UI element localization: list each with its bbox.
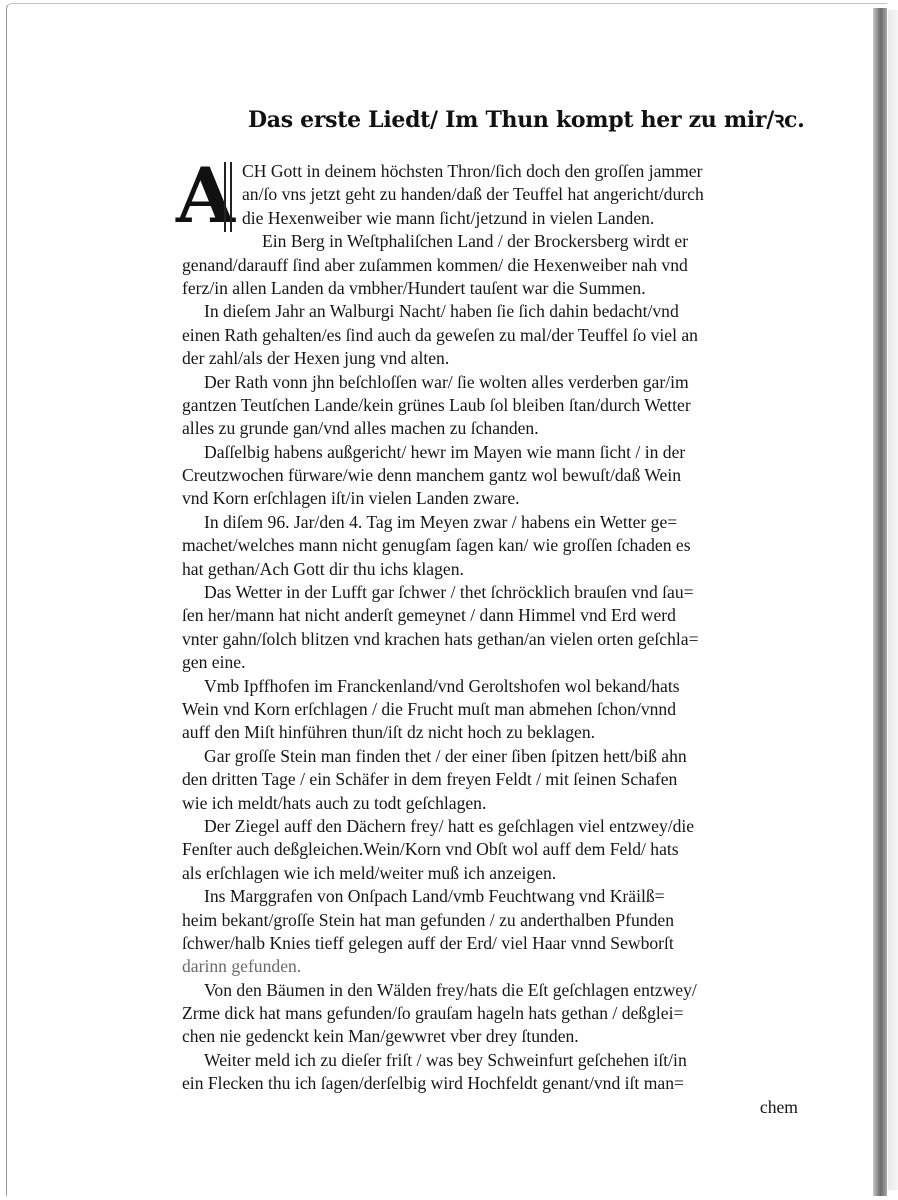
text-line: Wein vnd Korn erſchlagen / die Frucht mu… xyxy=(182,698,802,721)
next-page-edge xyxy=(888,10,898,1190)
text-line: auff den Miſt hinführen thun/iſt dz nich… xyxy=(182,721,802,744)
stanza-start: In diſem 96. Jar/den 4. Tag im Meyen zwa… xyxy=(182,511,802,534)
text-line: die Hexenweiber wie mann ſicht/jetzund i… xyxy=(182,207,802,230)
body-text: CH Gott in deinem höchsten Thron/ſich do… xyxy=(182,160,802,1119)
text-line: den dritten Tage / ein Schäfer in dem fr… xyxy=(182,768,802,791)
text-line: wie ich meldt/hats auch zu todt geſchlag… xyxy=(182,792,802,815)
text-line: Zrme dick hat mans gefunden/ſo grauſam h… xyxy=(182,1002,802,1025)
stanza-start: In dieſem Jahr an Walburgi Nacht/ haben … xyxy=(182,300,802,323)
text-line: CH Gott in deinem höchsten Thron/ſich do… xyxy=(182,160,802,183)
text-line: Fenſter auch deßgleichen.Wein/Korn vnd O… xyxy=(182,838,802,861)
stanza-start: Daſſelbig habens außgericht/ hewr im May… xyxy=(182,441,802,464)
text-line: ein Flecken thu ich ſagen/derſelbig wird… xyxy=(182,1072,802,1095)
text-line: darinn gefunden. xyxy=(182,955,802,978)
text-line: gen eine. xyxy=(182,651,802,674)
stanza-start: Gar groſſe Stein man finden thet / der e… xyxy=(182,745,802,768)
book-spine-shadow xyxy=(873,8,887,1196)
text-line: machet/welches mann nicht genugſam ſagen… xyxy=(182,534,802,557)
text-line: als erſchlagen wie ich meld/weiter muß i… xyxy=(182,862,802,885)
text-line: vnter gahn/ſolch blitzen vnd krachen hat… xyxy=(182,628,802,651)
stanza-start: Ins Marggrafen von Onſpach Land/vmb Feuc… xyxy=(182,885,802,908)
text-line: an/ſo vns jetzt geht zu handen/daß der T… xyxy=(182,183,802,206)
text-line: der zahl/als der Hexen jung vnd alten. xyxy=(182,347,802,370)
catchword: chem xyxy=(182,1096,802,1119)
stanza-start: Der Ziegel auff den Dächern frey/ hatt e… xyxy=(182,815,802,838)
text-line: hat gethan/Ach Gott dir thu ichs klagen. xyxy=(182,558,802,581)
text-line: vnd Korn erſchlagen iſt/in vielen Landen… xyxy=(182,487,802,510)
text-line: alles zu grunde gan/vnd alles machen zu … xyxy=(182,417,802,440)
text-line: ſen her/mann hat nicht anderſt gemeynet … xyxy=(182,604,802,627)
text-line: ſchwer/halb Knies tieff gelegen auff der… xyxy=(182,932,802,955)
text-line: genand/darauff ſind aber zuſammen kommen… xyxy=(182,254,802,277)
stanza-start: Weiter meld ich zu dieſer friſt / was be… xyxy=(182,1049,802,1072)
text-line: chen nie gedenckt kein Man/gewwret vber … xyxy=(182,1025,802,1048)
text-line: ferz/in allen Landen da vmbher/Hundert t… xyxy=(182,277,802,300)
stanza-start: Das Wetter in der Lufft gar ſchwer / the… xyxy=(182,581,802,604)
text-line: gantzen Teutſchen Lande/kein grünes Laub… xyxy=(182,394,802,417)
text-line: einen Rath gehalten/es ſind auch da gewe… xyxy=(182,324,802,347)
text-line: Creutzwochen fürware/wie denn manchem ga… xyxy=(182,464,802,487)
stanza-start: Der Rath vonn jhn beſchloſſen war/ ſie w… xyxy=(182,371,802,394)
stanza-start: Von den Bäumen in den Wälden frey/hats d… xyxy=(182,979,802,1002)
stanza-start: Vmb Ipffhofen im Franckenland/vnd Gerolt… xyxy=(182,675,802,698)
stanza-start: Ein Berg in Weſtphaliſchen Land / der Br… xyxy=(182,230,802,253)
song-title: Das erste Liedt/ Im Thun kompt her zu mi… xyxy=(248,104,748,134)
text-line: heim bekant/groſſe Stein hat man gefunde… xyxy=(182,909,802,932)
